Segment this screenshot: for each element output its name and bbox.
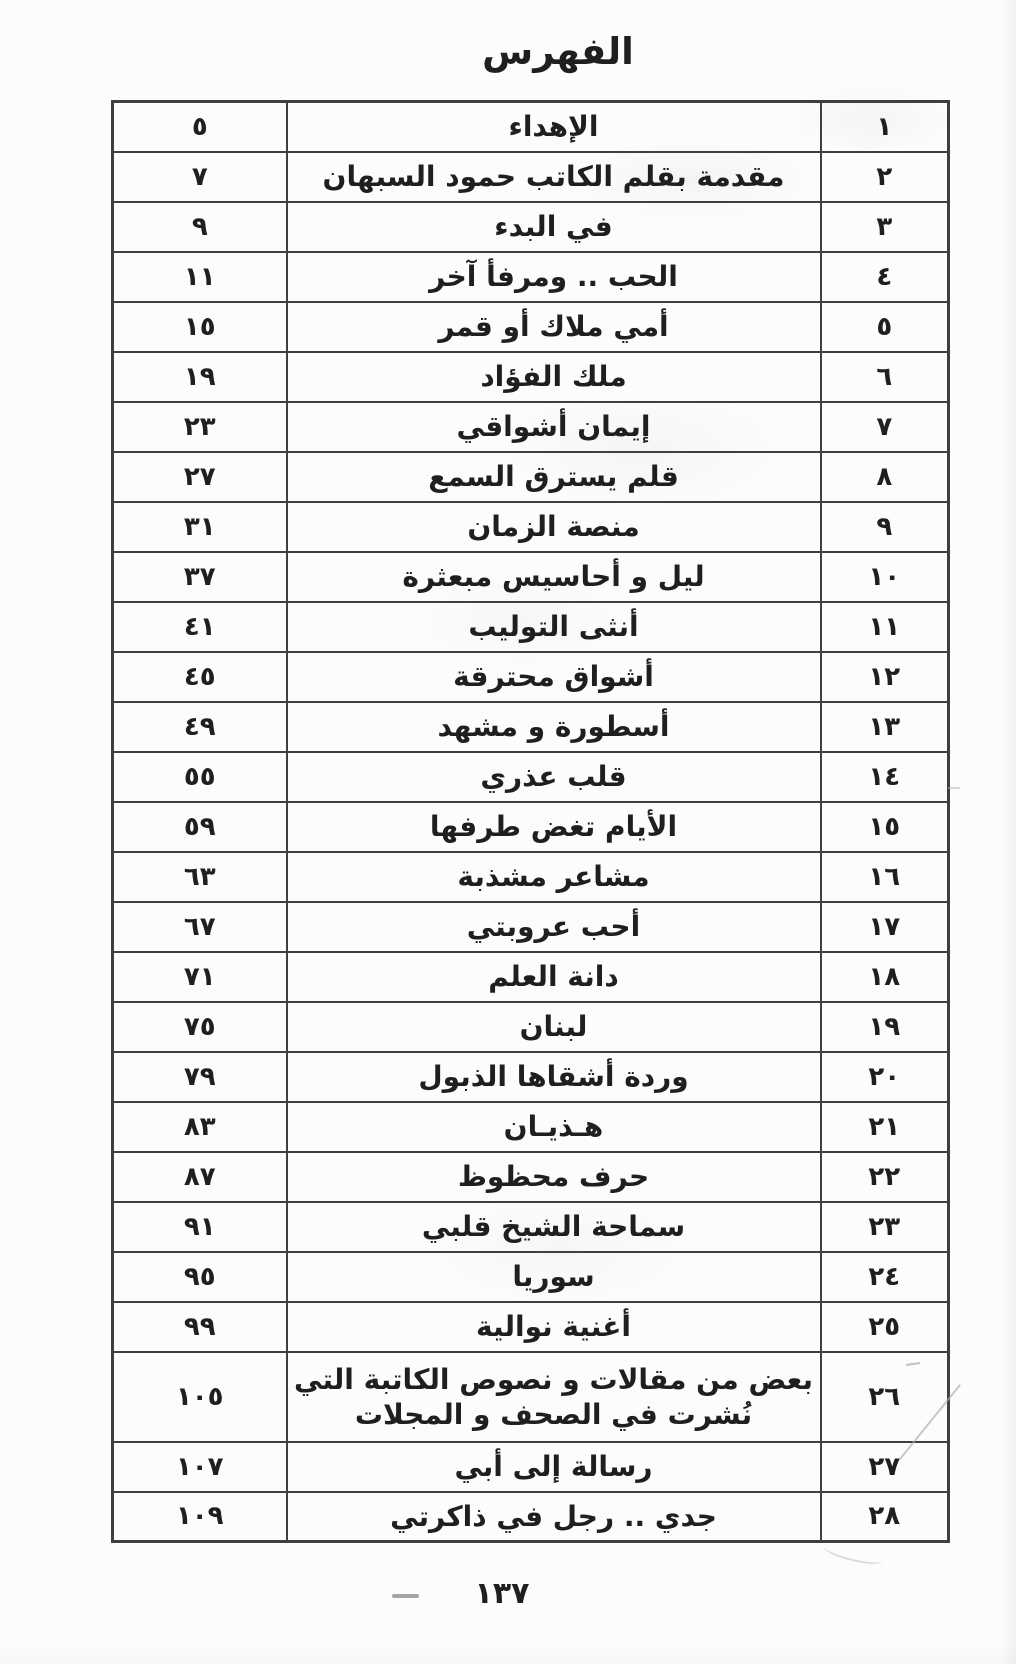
toc-row: ٢٥أغنية نوالية٩٩ [113, 1302, 949, 1352]
toc-row: ٢٣سماحة الشيخ قلبي٩١ [113, 1202, 949, 1252]
entry-number-cell: ١٦ [821, 852, 949, 902]
entry-number-cell: ٢١ [821, 1102, 949, 1152]
entry-number-cell: ١٠ [821, 552, 949, 602]
entry-title-cell: بعض من مقالات و نصوص الكاتبة التي نُشرت … [287, 1352, 821, 1442]
entry-page-cell: ٧ [113, 152, 287, 202]
entry-number-cell: ٢٢ [821, 1152, 949, 1202]
toc-row: ١٨دانة العلم٧١ [113, 952, 949, 1002]
entry-number-cell: ٢٤ [821, 1252, 949, 1302]
entry-title-cell: مقدمة بقلم الكاتب حمود السبهان [287, 152, 821, 202]
entry-page-cell: ١٠٧ [113, 1442, 287, 1492]
toc-row: ٧إيمان أشواقي٢٣ [113, 402, 949, 452]
entry-title-cell: وردة أشقاها الذبول [287, 1052, 821, 1102]
toc-row: ٦ملك الفؤاد١٩ [113, 352, 949, 402]
entry-number-cell: ٤ [821, 252, 949, 302]
entry-title-cell: أمي ملاك أو قمر [287, 302, 821, 352]
entry-page-cell: ٥٥ [113, 752, 287, 802]
toc-row: ١٤قلب عذري٥٥ [113, 752, 949, 802]
toc-row: ٢٤سوريا٩٥ [113, 1252, 949, 1302]
toc-row: ٤الحب .. ومرفأ آخر١١ [113, 252, 949, 302]
entry-page-cell: ٩٩ [113, 1302, 287, 1352]
entry-title-cell: الحب .. ومرفأ آخر [287, 252, 821, 302]
entry-title-cell: إيمان أشواقي [287, 402, 821, 452]
entry-number-cell: ٢٧ [821, 1442, 949, 1492]
page-number: ١٣٧ [475, 1576, 530, 1611]
entry-number-cell: ١٤ [821, 752, 949, 802]
page-footer: ١٣٧ [0, 1576, 1016, 1611]
toc-row: ٣في البدء٩ [113, 202, 949, 252]
toc-row: ١الإهداء٥ [113, 102, 949, 152]
entry-number-cell: ٥ [821, 302, 949, 352]
entry-title-cell: أشواق محترقة [287, 652, 821, 702]
entry-number-cell: ١٥ [821, 802, 949, 852]
entry-page-cell: ٢٧ [113, 452, 287, 502]
entry-page-cell: ٨٧ [113, 1152, 287, 1202]
toc-row: ١٩لبنان٧٥ [113, 1002, 949, 1052]
entry-number-cell: ١٧ [821, 902, 949, 952]
entry-title-cell: الأيام تغض طرفها [287, 802, 821, 852]
entry-title-cell: رسالة إلى أبي [287, 1442, 821, 1492]
toc-row: ١١أنثى التوليب٤١ [113, 602, 949, 652]
entry-page-cell: ٦٣ [113, 852, 287, 902]
toc-row: ٩منصة الزمان٣١ [113, 502, 949, 552]
toc-row: ٢٠وردة أشقاها الذبول٧٩ [113, 1052, 949, 1102]
entry-title-cell: مشاعر مشذبة [287, 852, 821, 902]
entry-number-cell: ٢ [821, 152, 949, 202]
entry-number-cell: ١٩ [821, 1002, 949, 1052]
footer-dash-mark [392, 1594, 419, 1598]
entry-title-cell: حرف محظوظ [287, 1152, 821, 1202]
entry-page-cell: ١٩ [113, 352, 287, 402]
entry-title-cell: جدي .. رجل في ذاكرتي [287, 1492, 821, 1542]
entry-number-cell: ٨ [821, 452, 949, 502]
entry-page-cell: ٤١ [113, 602, 287, 652]
entry-page-cell: ٧٩ [113, 1052, 287, 1102]
entry-page-cell: ١٥ [113, 302, 287, 352]
entry-number-cell: ١٣ [821, 702, 949, 752]
entry-page-cell: ١٠٥ [113, 1352, 287, 1442]
entry-page-cell: ٩٥ [113, 1252, 287, 1302]
entry-number-cell: ١ [821, 102, 949, 152]
entry-title-cell: دانة العلم [287, 952, 821, 1002]
entry-number-cell: ٢٥ [821, 1302, 949, 1352]
entry-page-cell: ٩ [113, 202, 287, 252]
entry-number-cell: ٢٣ [821, 1202, 949, 1252]
page-title: الفهرس [482, 30, 634, 73]
entry-number-cell: ١١ [821, 602, 949, 652]
entry-title-cell: سوريا [287, 1252, 821, 1302]
entry-number-cell: ٢٠ [821, 1052, 949, 1102]
toc-row: ١٥الأيام تغض طرفها٥٩ [113, 802, 949, 852]
entry-number-cell: ٣ [821, 202, 949, 252]
entry-page-cell: ٨٣ [113, 1102, 287, 1152]
entry-title-cell: أنثى التوليب [287, 602, 821, 652]
entry-page-cell: ٥٩ [113, 802, 287, 852]
entry-page-cell: ٩١ [113, 1202, 287, 1252]
entry-number-cell: ٩ [821, 502, 949, 552]
entry-page-cell: ٣١ [113, 502, 287, 552]
entry-title-cell: قلب عذري [287, 752, 821, 802]
entry-title-cell: ملك الفؤاد [287, 352, 821, 402]
toc-row: ٢٦بعض من مقالات و نصوص الكاتبة التي نُشر… [113, 1352, 949, 1442]
entry-page-cell: ١٠٩ [113, 1492, 287, 1542]
toc-row: ١٣أسطورة و مشهد٤٩ [113, 702, 949, 752]
toc-row: ٥أمي ملاك أو قمر١٥ [113, 302, 949, 352]
toc-row: ١٦مشاعر مشذبة٦٣ [113, 852, 949, 902]
entry-page-cell: ٢٣ [113, 402, 287, 452]
entry-title-cell: لبنان [287, 1002, 821, 1052]
toc-row: ٢١هـذيـان٨٣ [113, 1102, 949, 1152]
entry-number-cell: ١٢ [821, 652, 949, 702]
entry-page-cell: ٤٩ [113, 702, 287, 752]
toc-row: ١٠ليل و أحاسيس مبعثرة٣٧ [113, 552, 949, 602]
toc-row: ٢٨جدي .. رجل في ذاكرتي١٠٩ [113, 1492, 949, 1542]
entry-page-cell: ٧٥ [113, 1002, 287, 1052]
toc-row: ٢مقدمة بقلم الكاتب حمود السبهان٧ [113, 152, 949, 202]
entry-page-cell: ٤٥ [113, 652, 287, 702]
entry-title-cell: سماحة الشيخ قلبي [287, 1202, 821, 1252]
entry-number-cell: ٧ [821, 402, 949, 452]
entry-title-cell: منصة الزمان [287, 502, 821, 552]
entry-title-cell: الإهداء [287, 102, 821, 152]
entry-page-cell: ١١ [113, 252, 287, 302]
toc-row: ١٧أحب عروبتي٦٧ [113, 902, 949, 952]
entry-title-cell: ليل و أحاسيس مبعثرة [287, 552, 821, 602]
entry-title-cell: أسطورة و مشهد [287, 702, 821, 752]
entry-title-cell: هـذيـان [287, 1102, 821, 1152]
entry-title-cell: في البدء [287, 202, 821, 252]
entry-page-cell: ٣٧ [113, 552, 287, 602]
toc-row: ١٢أشواق محترقة٤٥ [113, 652, 949, 702]
entry-title-cell: قلم يسترق السمع [287, 452, 821, 502]
entry-page-cell: ٧١ [113, 952, 287, 1002]
entry-page-cell: ٥ [113, 102, 287, 152]
entry-page-cell: ٦٧ [113, 902, 287, 952]
toc-row: ٢٧رسالة إلى أبي١٠٧ [113, 1442, 949, 1492]
toc-row: ٢٢حرف محظوظ٨٧ [113, 1152, 949, 1202]
entry-title-cell: أحب عروبتي [287, 902, 821, 952]
entry-number-cell: ٢٨ [821, 1492, 949, 1542]
entry-number-cell: ١٨ [821, 952, 949, 1002]
toc-row: ٨قلم يسترق السمع٢٧ [113, 452, 949, 502]
toc-table: ١الإهداء٥٢مقدمة بقلم الكاتب حمود السبهان… [111, 100, 950, 1543]
entry-number-cell: ٢٦ [821, 1352, 949, 1442]
scanned-book-page: الفهرس ١الإهداء٥٢مقدمة بقلم الكاتب حمود … [0, 0, 1016, 1664]
entry-title-cell: أغنية نوالية [287, 1302, 821, 1352]
entry-number-cell: ٦ [821, 352, 949, 402]
